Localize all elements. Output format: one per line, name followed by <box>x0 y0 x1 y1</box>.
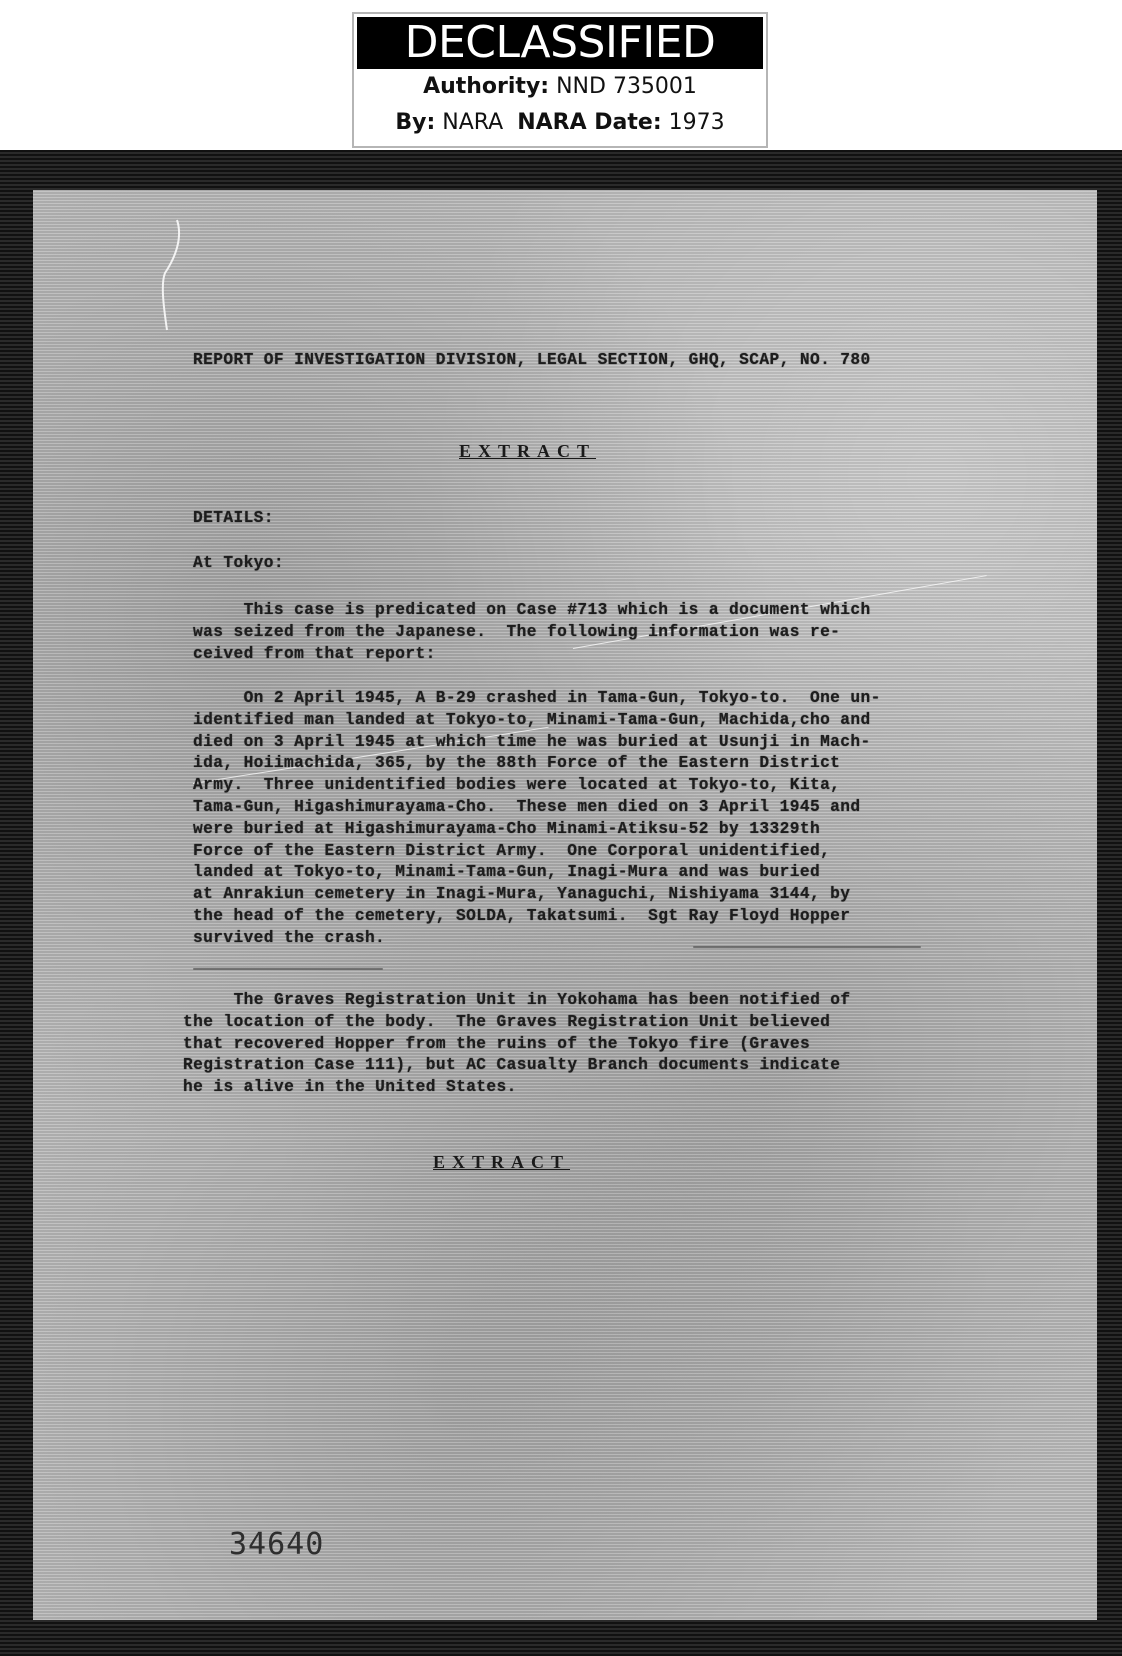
text-line: landed at Tokyo-to, Minami-Tama-Gun, Ina… <box>193 862 820 884</box>
stamp-title: DECLASSIFIED <box>357 17 763 69</box>
by-label: By: <box>395 110 435 135</box>
text-line: that recovered Hopper from the ruins of … <box>183 1034 810 1056</box>
extract-title-top: EXTRACT <box>459 441 596 462</box>
text-line: he is alive in the United States. <box>183 1077 517 1099</box>
text-line: was seized from the Japanese. The follow… <box>193 622 840 644</box>
text-line: died on 3 April 1945 at which time he wa… <box>193 732 871 754</box>
text-line: ida, Hoiimachida, 365, by the 88th Force… <box>193 753 840 775</box>
text-line: ceived from that report: <box>193 644 436 666</box>
authority-label: Authority: <box>423 74 549 99</box>
text-line: On 2 April 1945, A B-29 crashed in Tama-… <box>193 688 881 710</box>
document-header: REPORT OF INVESTIGATION DIVISION, LEGAL … <box>193 350 871 372</box>
text-line: were buried at Higashimurayama-Cho Minam… <box>193 819 820 841</box>
page-number: 34640 <box>229 1527 324 1562</box>
declassified-stamp: DECLASSIFIED Authority: NND 735001 By: N… <box>352 12 768 148</box>
text-line: the location of the body. The Graves Reg… <box>183 1012 830 1034</box>
text-line: Force of the Eastern District Army. One … <box>193 841 830 863</box>
date-label: NARA Date: <box>517 110 661 135</box>
scan-frame: REPORT OF INVESTIGATION DIVISION, LEGAL … <box>0 150 1122 1656</box>
stamp-by-date: By: NARA NARA Date: 1973 <box>354 105 766 141</box>
handwritten-underline-1 <box>693 946 921 948</box>
document-page: REPORT OF INVESTIGATION DIVISION, LEGAL … <box>33 190 1097 1620</box>
text-line: This case is predicated on Case #713 whi… <box>193 600 871 622</box>
stamp-authority: Authority: NND 735001 <box>354 69 766 105</box>
paper-crease-mark <box>155 218 185 333</box>
text-line: identified man landed at Tokyo-to, Minam… <box>193 710 871 732</box>
text-line: Army. Three unidentified bodies were loc… <box>193 775 840 797</box>
text-line: Registration Case 111), but AC Casualty … <box>183 1055 840 1077</box>
text-line: at Anrakiun cemetery in Inagi-Mura, Yana… <box>193 884 850 906</box>
text-line: Tama-Gun, Higashimurayama-Cho. These men… <box>193 797 861 819</box>
date-value: 1973 <box>669 110 725 135</box>
location-label: At Tokyo: <box>193 553 284 575</box>
details-label: DETAILS: <box>193 508 274 530</box>
handwritten-underline-2 <box>193 968 383 970</box>
text-line: the head of the cemetery, SOLDA, Takatsu… <box>193 906 850 928</box>
extract-title-bottom: EXTRACT <box>433 1152 570 1173</box>
text-line: survived the crash. <box>193 928 385 950</box>
authority-value: NND 735001 <box>556 74 697 99</box>
text-line: The Graves Registration Unit in Yokohama… <box>183 990 851 1012</box>
by-value: NARA <box>442 110 503 135</box>
